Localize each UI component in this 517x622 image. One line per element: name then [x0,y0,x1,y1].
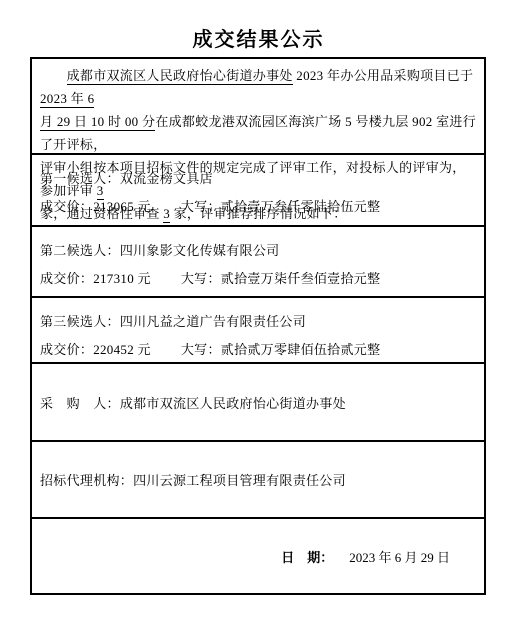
amount-words: 贰拾贰万零肆佰伍拾贰元整 [221,342,381,357]
candidate-rank-label: 第三候选人： [40,314,120,329]
agency-value: 四川云源工程项目管理有限责任公司 [133,470,346,489]
candidate-name-line: 第二候选人：四川象影文化传媒有限公司 [40,237,476,265]
announcement-page: 成交结果公示 成都市双流区人民政府怡心街道办事处 2023 年办公用品采购项目已… [0,0,517,622]
amount-label: 大写： [181,271,221,286]
page-title: 成交结果公示 [0,23,517,52]
buyer-section: 采 购 人：成都市双流区人民政府怡心街道办事处 [32,364,484,442]
price-label: 成交价： [40,342,93,357]
agency-label: 招标代理机构： [40,470,133,489]
candidate-price-line: 成交价：217310 元大写：贰拾壹万柒仟叁佰壹拾元整 [40,265,476,293]
price-value: 213065 元 [93,199,151,214]
announcement-table: 成都市双流区人民政府怡心街道办事处 2023 年办公用品采购项目已于 2023 … [30,57,486,595]
candidate-price-line: 成交价：220452 元大写：贰拾贰万零肆佰伍拾贰元整 [40,336,476,364]
candidate-row-3: 第三候选人：四川凡益之道广告有限责任公司 成交价：220452 元大写：贰拾贰万… [32,298,484,364]
price-label: 成交价： [40,271,93,286]
buyer-value: 成都市双流区人民政府怡心街道办事处 [120,393,346,412]
candidate-name: 四川象影文化传媒有限公司 [120,243,280,258]
underlined-field-value: 月 29 日 10 时 00 分 [40,114,155,131]
candidate-name: 双流金榜文具店 [120,171,213,186]
candidate-name-line: 第三候选人：四川凡益之道广告有限责任公司 [40,308,476,336]
amount-words: 贰拾壹万柒仟叁佰壹拾元整 [221,271,381,286]
buyer-label: 采 购 人： [40,393,120,412]
underlined-field-value: 2023 年 6 [40,91,94,108]
text-segment [40,68,67,83]
candidate-name-line: 第一候选人：双流金榜文具店 [40,165,476,193]
amount-words: 贰拾壹万叁仟零陆拾伍元整 [221,199,381,214]
text-segment: 2023 年办公用品采购项目已于 [293,68,474,83]
underlined-field-value: 成都市双流区人民政府怡心街道办事处 [67,68,293,85]
candidate-row-2: 第二候选人：四川象影文化传媒有限公司 成交价：217310 元大写：贰拾壹万柒仟… [32,227,484,298]
amount-label: 大写： [181,342,221,357]
candidate-price-line: 成交价：213065 元大写：贰拾壹万叁仟零陆拾伍元整 [40,193,476,221]
price-value: 217310 元 [93,271,151,286]
price-value: 220452 元 [93,342,151,357]
date-value: 2023 年 6 月 29 日 [349,547,450,566]
candidate-name: 四川凡益之道广告有限责任公司 [120,314,306,329]
agency-section: 招标代理机构：四川云源工程项目管理有限责任公司 [32,442,484,519]
date-label: 日 期： [281,547,333,566]
candidate-row-1: 第一候选人：双流金榜文具店 成交价：213065 元大写：贰拾壹万叁仟零陆拾伍元… [32,155,484,227]
intro-line-1: 成都市双流区人民政府怡心街道办事处 2023 年办公用品采购项目已于 2023 … [40,64,476,110]
candidate-rank-label: 第一候选人： [40,171,120,186]
intro-section: 成都市双流区人民政府怡心街道办事处 2023 年办公用品采购项目已于 2023 … [32,59,484,155]
intro-line-2: 月 29 日 10 时 00 分在成都蛟龙港双流园区海滨广场 5 号楼九层 90… [40,110,476,156]
candidate-rank-label: 第二候选人： [40,243,120,258]
price-label: 成交价： [40,199,93,214]
date-section: 日 期：2023 年 6 月 29 日 [32,519,484,593]
amount-label: 大写： [181,199,221,214]
